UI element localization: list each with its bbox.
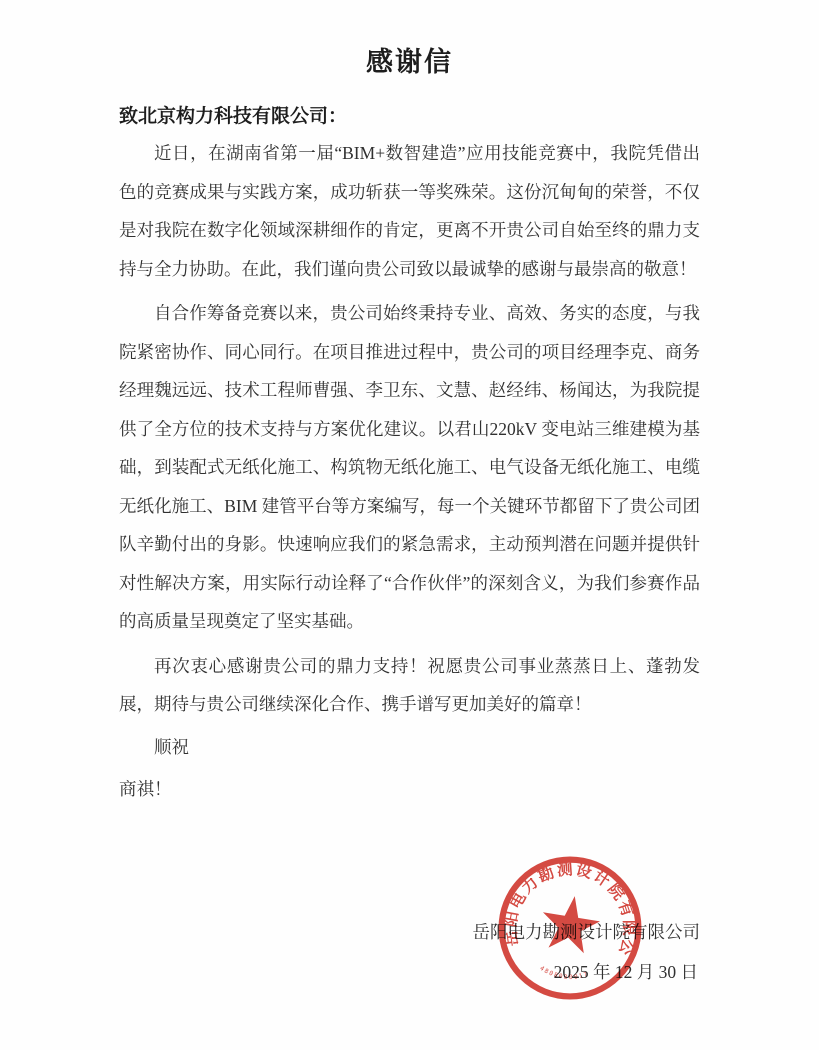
paragraph-3: 再次衷心感谢贵公司的鼎力支持！祝愿贵公司事业蒸蒸日上、蓬勃发展，期待与贵公司继续…	[119, 647, 700, 724]
paragraph-2: 自合作筹备竞赛以来，贵公司始终秉持专业、高效、务实的态度，与我院紧密协作、同心同…	[119, 294, 700, 641]
signature-company: 岳阳电力勘测设计院有限公司	[280, 912, 700, 952]
closing-shangqi: 商祺！	[119, 770, 700, 809]
signature-block: 岳阳电力勘测设计院有限公司 2025 年 12 月 30 日	[280, 912, 700, 992]
letter-page: 感谢信 致北京构力科技有限公司： 近日，在湖南省第一届“BIM+数智建造”应用技…	[0, 0, 819, 1050]
paragraph-1: 近日，在湖南省第一届“BIM+数智建造”应用技能竞赛中，我院凭借出色的竞赛成果与…	[119, 134, 700, 288]
letter-content: 感谢信 致北京构力科技有限公司： 近日，在湖南省第一届“BIM+数智建造”应用技…	[119, 0, 700, 809]
letter-title: 感谢信	[119, 40, 700, 79]
salutation: 致北京构力科技有限公司：	[119, 101, 700, 128]
signature-date: 2025 年 12 月 30 日	[280, 952, 700, 992]
closing-shunzhu: 顺祝	[119, 728, 700, 767]
